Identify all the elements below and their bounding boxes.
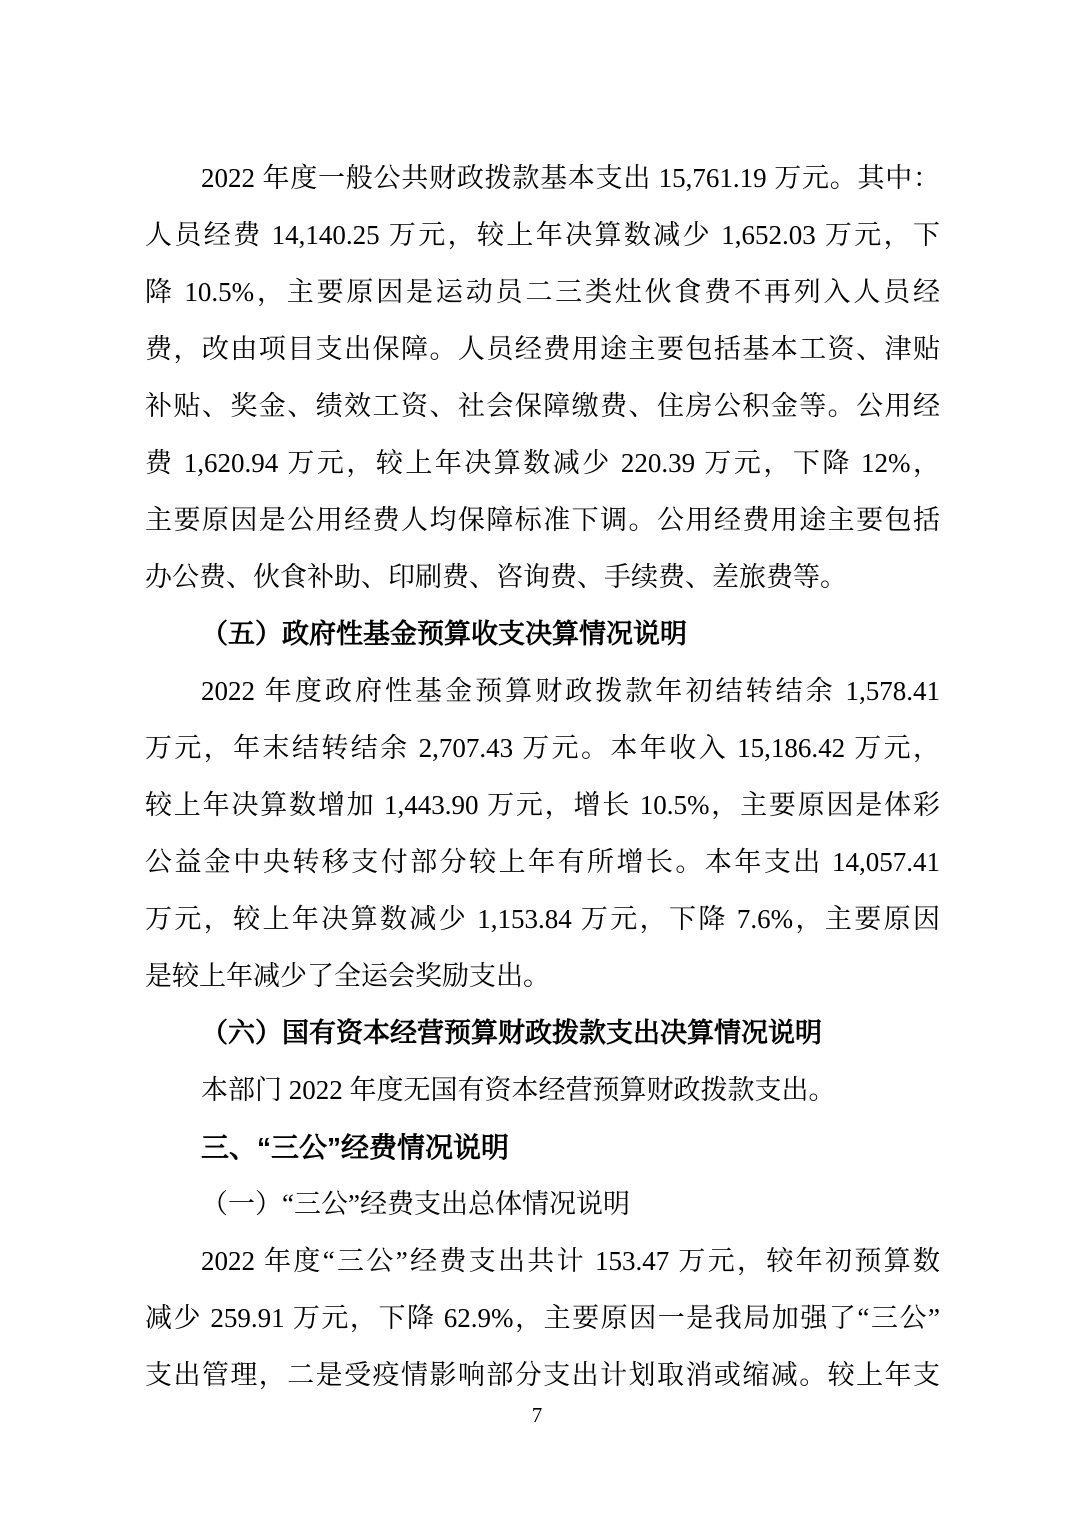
heading-section-five: （五）政府性基金预算收支决算情况说明 bbox=[145, 606, 940, 663]
body-line: 公益金中央转移支付部分较上年有所增长。本年支出 14,057.41 bbox=[145, 834, 940, 891]
body-line: 本部门 2022 年度无国有资本经营预算财政拨款支出。 bbox=[145, 1062, 940, 1119]
body-line: 2022 年度“三公”经费支出共计 153.47 万元，较年初预算数 bbox=[145, 1233, 940, 1290]
body-line: 2022 年度一般公共财政拨款基本支出 15,761.19 万元。其中： bbox=[145, 150, 940, 207]
document-text-block: 2022 年度一般公共财政拨款基本支出 15,761.19 万元。其中： 人员经… bbox=[145, 150, 940, 1404]
heading-subsection-one: （一）“三公”经费支出总体情况说明 bbox=[145, 1176, 940, 1233]
body-line: 2022 年度政府性基金预算财政拨款年初结转结余 1,578.41 bbox=[145, 663, 940, 720]
page-number: 7 bbox=[0, 1398, 1074, 1432]
body-line: 主要原因是公用经费人均保障标准下调。公用经费用途主要包括 bbox=[145, 492, 940, 549]
body-line: 支出管理，二是受疫情影响部分支出计划取消或缩减。较上年支 bbox=[145, 1347, 940, 1404]
body-line: 费，改由项目支出保障。人员经费用途主要包括基本工资、津贴 bbox=[145, 321, 940, 378]
body-line: 是较上年减少了全运会奖励支出。 bbox=[145, 948, 940, 1005]
body-line: 补贴、奖金、绩效工资、社会保障缴费、住房公积金等。公用经 bbox=[145, 378, 940, 435]
body-line: 办公费、伙食补助、印刷费、咨询费、手续费、差旅费等。 bbox=[145, 549, 940, 606]
heading-three-gong-funds: 三、“三公”经费情况说明 bbox=[145, 1119, 940, 1176]
body-line: 费 1,620.94 万元，较上年决算数减少 220.39 万元，下降 12%， bbox=[145, 435, 940, 492]
heading-section-six: （六）国有资本经营预算财政拨款支出决算情况说明 bbox=[145, 1005, 940, 1062]
body-line: 减少 259.91 万元，下降 62.9%，主要原因一是我局加强了“三公” bbox=[145, 1290, 940, 1347]
body-line: 万元，较上年决算数减少 1,153.84 万元，下降 7.6%，主要原因 bbox=[145, 891, 940, 948]
body-line: 降 10.5%，主要原因是运动员二三类灶伙食费不再列入人员经 bbox=[145, 264, 940, 321]
body-line: 较上年决算数增加 1,443.90 万元，增长 10.5%，主要原因是体彩 bbox=[145, 777, 940, 834]
body-line: 万元，年末结转结余 2,707.43 万元。本年收入 15,186.42 万元， bbox=[145, 720, 940, 777]
document-page: 2022 年度一般公共财政拨款基本支出 15,761.19 万元。其中： 人员经… bbox=[0, 0, 1074, 1520]
body-line: 人员经费 14,140.25 万元，较上年决算数减少 1,652.03 万元，下 bbox=[145, 207, 940, 264]
